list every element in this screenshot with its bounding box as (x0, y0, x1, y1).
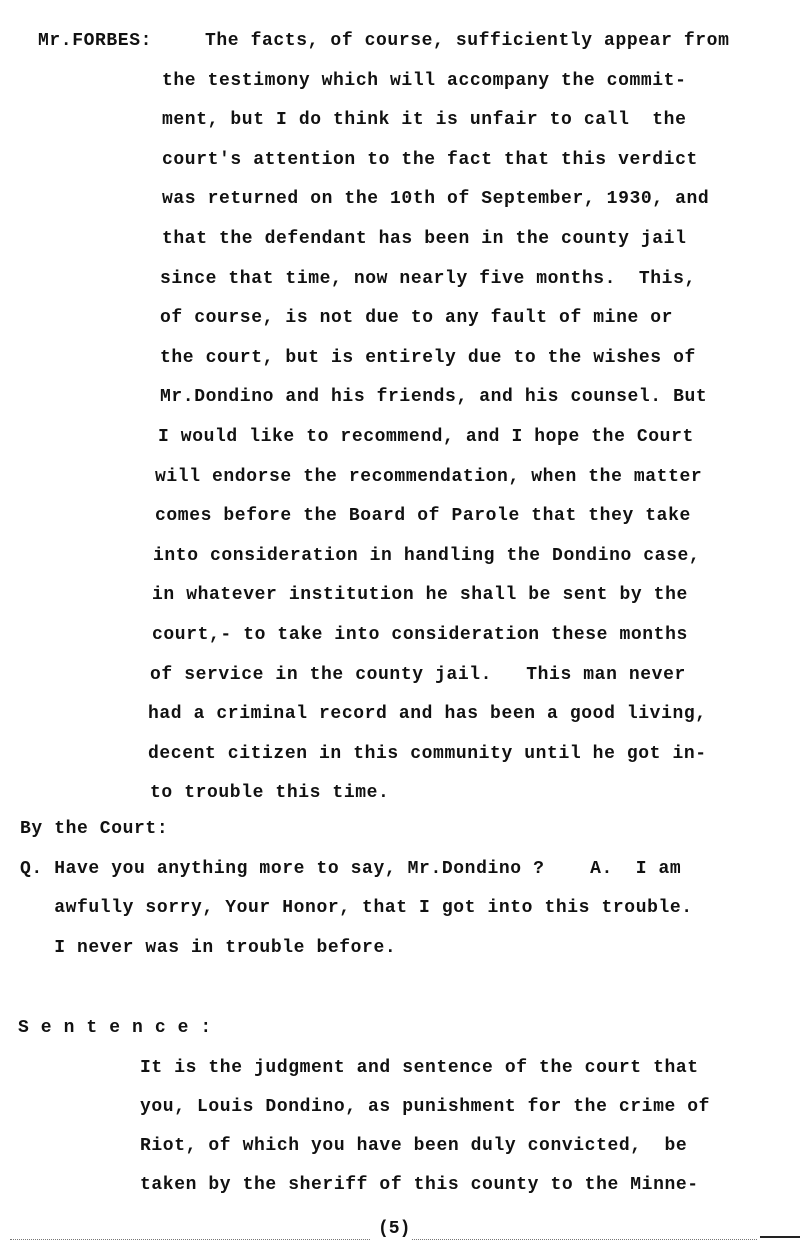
footer-rule (760, 1236, 800, 1238)
text-line: decent citizen in this community until h… (148, 743, 707, 765)
qa-line: I never was in trouble before. (20, 937, 396, 959)
text-line: of course, is not due to any fault of mi… (160, 307, 673, 329)
text-line: comes before the Board of Parole that th… (155, 505, 691, 527)
speaker-label: Mr.FORBES: (38, 30, 152, 52)
qa-line: Q. Have you anything more to say, Mr.Don… (20, 858, 681, 880)
section-heading-sentence: S e n t e n c e : (18, 1017, 212, 1039)
text-line: the court, but is entirely due to the wi… (160, 347, 696, 369)
qa-line: awfully sorry, Your Honor, that I got in… (20, 897, 693, 919)
text-line: that the defendant has been in the count… (162, 228, 686, 250)
text-line: to trouble this time. (150, 782, 389, 804)
text-line: court's attention to the fact that this … (162, 149, 698, 171)
text-line: the testimony which will accompany the c… (162, 70, 686, 92)
text-line: I would like to recommend, and I hope th… (158, 426, 694, 448)
text-line: ment, but I do think it is unfair to cal… (162, 109, 686, 131)
text-line: since that time, now nearly five months.… (160, 268, 696, 290)
text-line: had a criminal record and has been a goo… (148, 703, 707, 725)
footer-dotted-rule-right (412, 1239, 757, 1240)
sentence-line: Riot, of which you have been duly convic… (140, 1135, 687, 1157)
text-line: into consideration in handling the Dondi… (153, 545, 700, 567)
sentence-line: It is the judgment and sentence of the c… (140, 1057, 699, 1079)
text-line: was returned on the 10th of September, 1… (162, 188, 709, 210)
text-line: court,- to take into consideration these… (152, 624, 688, 646)
section-heading-by-the-court: By the Court: (20, 818, 168, 840)
text-line: in whatever institution he shall be sent… (152, 584, 688, 606)
text-line: The facts, of course, sufficiently appea… (205, 30, 729, 52)
text-line: of service in the county jail. This man … (150, 664, 686, 686)
text-line: will endorse the recommendation, when th… (155, 466, 702, 488)
sentence-line: you, Louis Dondino, as punishment for th… (140, 1096, 710, 1118)
text-line: Mr.Dondino and his friends, and his coun… (160, 386, 707, 408)
footer-dotted-rule-left (10, 1239, 370, 1240)
sentence-line: taken by the sheriff of this county to t… (140, 1174, 699, 1196)
page-footer: (5) (0, 1222, 800, 1242)
page-number: (5) (378, 1219, 410, 1239)
